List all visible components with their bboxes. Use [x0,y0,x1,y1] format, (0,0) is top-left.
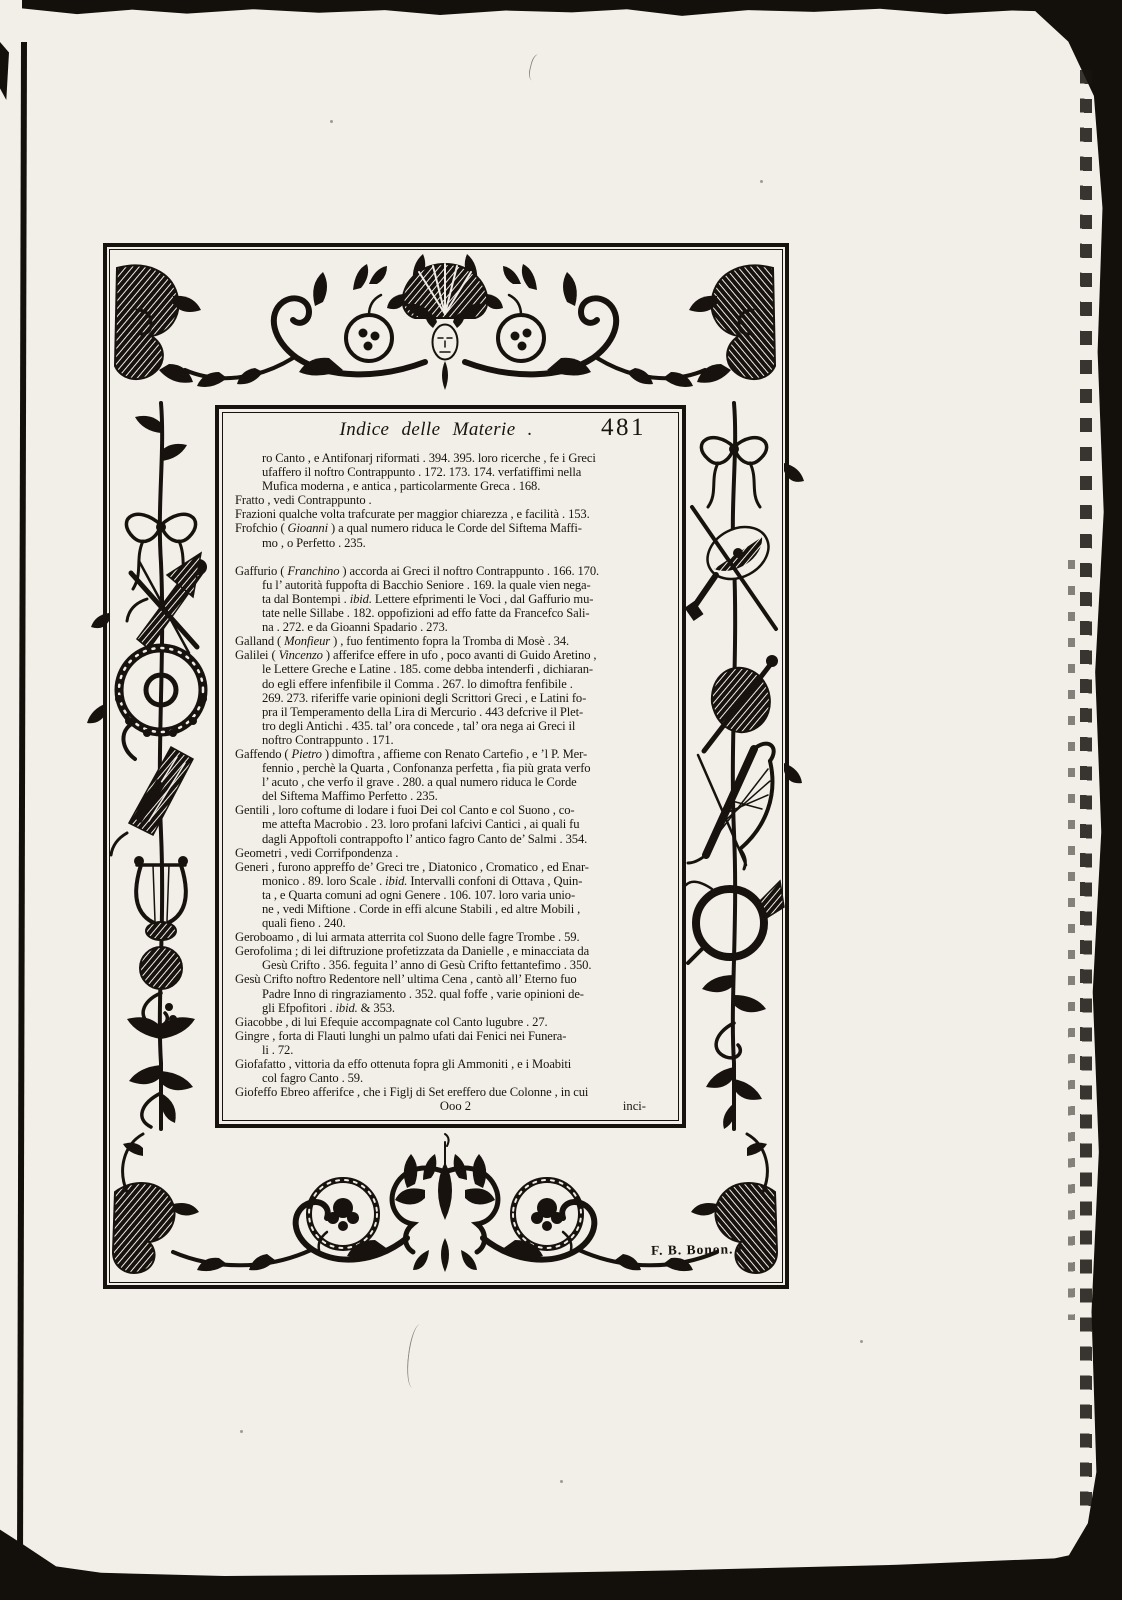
right-instrument-trophy-ornament [684,403,784,1129]
index-line: Geometri , vedi Corrifpondenza . [235,846,676,860]
ink-speck [240,1430,243,1433]
index-line: Gentili , loro coftume di lodare i fuoi … [235,803,676,817]
index-line: monico . 89. loro Scale . ibid. Interval… [235,874,676,888]
index-line: Padre Inno di ringraziamento . 352. qual… [235,987,676,1001]
scan-artifact-right-streaks-2 [1068,560,1075,1320]
scan-artifact-left-corner [0,42,9,100]
index-line: gli Efpofitori . ibid. & 353. [235,1001,676,1015]
index-line: Galland ( Monfieur ) , fuo fentimento fo… [235,634,676,648]
headpiece-mask-ornament [107,250,783,404]
index-line: Frofchio ( Gioanni ) a qual numero riduc… [235,521,676,535]
left-instrument-trophy-ornament [107,403,215,1129]
running-header: Indice delle Materie . 481 [235,416,676,449]
index-line: Gaffurio ( Franchino ) accorda ai Greci … [235,564,676,578]
index-line: Gesù Crifto . 356. feguita l’ anno di Ge… [235,958,676,972]
index-line: tro degli Antichi . 435. tal’ ora conced… [235,719,676,733]
index-line: le Lettere Greche e Latine . 185. come d… [235,662,676,676]
signature-catchword-line: Ooo 2 inci- [235,1099,676,1113]
ink-speck [860,1340,863,1343]
index-line: Fratto , vedi Contrappunto . [235,493,676,507]
page-number: 481 [601,414,646,442]
index-line: Mufica moderna , e antica , particolarme… [235,479,676,493]
page-title: Indice delle Materie . [339,419,532,441]
index-line: Galilei ( Vincenzo ) afferifce effere in… [235,648,676,662]
index-line: Gerofolima ; di lei diftruzione profetiz… [235,944,676,958]
engraver-signature: F. B. Bonon. f. [651,1241,748,1259]
index-line: Gingre , forta di Flauti lunghi un palmo… [235,1029,676,1043]
index-line: col fagro Canto . 59. [235,1071,676,1085]
index-text-box: Indice delle Materie . 481 ro Canto , e … [215,405,686,1128]
index-line: dagli Appoftoli contrappofto l’ antico f… [235,832,676,846]
index-line: quali fieno . 240. [235,916,676,930]
index-line: tate nelle Sillabe . 182. oppofizioni ad… [235,606,676,620]
index-line: ufaffero il noftro Contrappunto . 172. 1… [235,465,676,479]
index-line: do egli effere infenfibile il Comma . 26… [235,677,676,691]
index-line: ta , e Quarta comuni ad ogni Genere . 10… [235,888,676,902]
index-entries: ro Canto , e Antifonarj riformati . 394.… [235,451,676,1099]
index-line: fennio , perchè la Quarta , Confonanza p… [235,761,676,775]
ink-speck [330,120,333,123]
scan-artifact-left-line [17,42,27,1564]
index-line: pra il Temperamento della Lira di Mercur… [235,705,676,719]
index-line: 269. 273. riferiffe varie opinioni degli… [235,691,676,705]
index-line: del Siftema Maffimo Perfetto . 235. [235,789,676,803]
gathering-signature: Ooo 2 [440,1099,471,1113]
scan-mark-bottom-curl [404,1323,429,1389]
index-line: Gaffendo ( Pietro ) dimoftra , affieme c… [235,747,676,761]
index-line: na . 272. e da Gioanni Spadario . 273. [235,620,676,634]
index-line: Gesù Crifto noftro Redentore nell’ ultim… [235,972,676,986]
index-line: Geroboamo , di lui armata atterrita col … [235,930,676,944]
index-line: Frazioni qualche volta trafcurate per ma… [235,507,676,521]
catchword: inci- [623,1099,646,1113]
scan-mark-top-curl [527,53,544,82]
ink-speck [760,180,763,183]
index-line: l’ acuto , che verfo il grave . 280. a q… [235,775,676,789]
index-line: ta dal Bontempi . ibid. Lettere efprimen… [235,592,676,606]
index-line: Giofeffo Ebreo afferifce , che i Figlj d… [235,1085,676,1099]
index-line: mo , o Perfetto . 235. [235,536,676,550]
index-line: noftro Contrappunto . 171. [235,733,676,747]
scan-artifact-bottom-edge [0,1520,1122,1600]
index-line: fu l’ autorità fuppofta di Bacchio Senio… [235,578,676,592]
index-line: Generi , furono appreffo de’ Greci tre ,… [235,860,676,874]
scan-artifact-right-edge [1000,0,1122,1600]
index-blank-line [235,550,676,564]
index-line: Giacobbe , di lui Efequie accompagnate c… [235,1015,676,1029]
index-line: li . 72. [235,1043,676,1057]
index-line: me attefta Macrobio . 23. loro profani l… [235,817,676,831]
scanned-book-page: F. B. Bonon. f. Indice delle Materie . 4… [0,0,1122,1600]
tailpiece-rocaille-ornament [107,1128,783,1286]
scan-artifact-right-streaks [1080,70,1092,1510]
index-line: Giofafatto , vittoria da effo ottenuta f… [235,1057,676,1071]
index-line: ne , vedi Miftione . Corde in effi alcun… [235,902,676,916]
index-line: ro Canto , e Antifonarj riformati . 394.… [235,451,676,465]
ink-speck [560,1480,563,1483]
scan-artifact-top-edge [22,0,1122,22]
